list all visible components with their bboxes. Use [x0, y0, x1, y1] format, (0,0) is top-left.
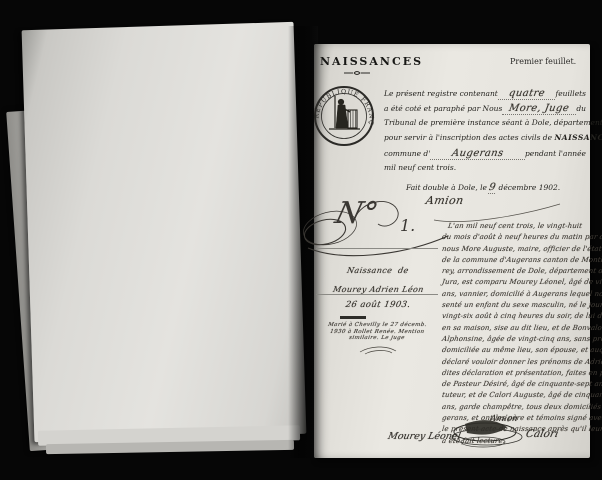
print-text: décembre 1902. — [499, 183, 561, 192]
printed-preamble: Le présent registre contenant quatre feu… — [384, 88, 586, 197]
act-line: vingt-six août à cinq heures du soir, de… — [441, 311, 595, 322]
act-line: tuteur, et de Calori Auguste, âgé de cin… — [441, 390, 595, 401]
left-blank-page — [22, 22, 307, 442]
inked-signature-blot — [447, 418, 525, 448]
print-text: feuillets — [555, 89, 586, 98]
act-line: Alphonsine, âgée de vingt-cinq ans, sans… — [441, 334, 595, 345]
margin-title-line: Naissance — [347, 266, 394, 276]
act-line: de la commune d'Augerans canton de Montb… — [441, 255, 595, 266]
preamble-line: Tribunal de première instance séant à Do… — [384, 118, 586, 133]
margin-title-line: de — [397, 266, 409, 276]
act-line: du mois d'août à neuf heures du matin pa… — [441, 232, 595, 243]
title-ornament — [344, 70, 370, 76]
preamble-line: commune d' Augerans pendant l'année — [384, 148, 586, 163]
marianne-figure-icon — [329, 96, 360, 129]
act-line: ans, vannier, domicilié à Augerans leque… — [441, 289, 595, 300]
fill-day-number: 9 — [488, 182, 497, 194]
sheet-number-label: Premier feuillet. — [510, 57, 576, 66]
margin-dash-mark — [340, 316, 366, 319]
preamble-line: pour servir à l'inscription des actes ci… — [384, 133, 586, 148]
margin-note-signature-swash — [358, 344, 398, 356]
print-text: Le présent registre contenant — [384, 89, 498, 98]
margin-birth-date: 26 août 1903. — [317, 300, 439, 310]
print-text-bold: NAISSANCES — [554, 133, 602, 142]
witness-signature: Calori — [525, 428, 560, 440]
stamp-icon: RÉPUBLIQUE FRANÇAISE — [312, 84, 376, 148]
act-line: de Pasteur Désiré, âgé de cinquante-sept… — [441, 379, 595, 390]
preamble-line: mil neuf cent trois. — [384, 163, 586, 178]
naissances-form-page: NAISSANCES Premier feuillet. RÉPUBLIQUE … — [314, 44, 590, 458]
act-line: déclaré vouloir donner les prénoms de Ad… — [441, 357, 595, 368]
print-text: a été coté et paraphé par Nous — [384, 104, 502, 113]
act-line: senté un enfant du sexe masculin, né le … — [441, 300, 595, 311]
fill-commune-name: Augerans — [430, 148, 525, 160]
margin-note-line: Marié à Chevilly le 27 décemb. — [327, 322, 427, 329]
act-line: L'an mil neuf cent trois, le vingt-huit — [441, 221, 595, 232]
print-text: commune d' — [384, 149, 430, 158]
preamble-line: a été coté et paraphé par Nous More, Jug… — [384, 103, 586, 118]
print-text: mil neuf cent trois. — [384, 163, 456, 172]
print-text: du — [576, 104, 586, 113]
fill-folio-count: quatre — [498, 88, 556, 100]
act-line: Jura, est comparu Mourey Léonel, âgé de … — [441, 277, 595, 288]
act-line: nous More Auguste, maire, officier de l'… — [441, 244, 595, 255]
print-text: Tribunal de première instance séant à Do… — [384, 118, 602, 127]
act-line: rey, arrondissement de Dole, département… — [441, 266, 595, 277]
marginal-marriage-note: Marié à Chevilly le 27 décemb. 1930 à Ro… — [314, 322, 440, 342]
margin-note-line: similaire. Le juge — [349, 335, 406, 342]
act-number: N° 1. — [300, 190, 452, 264]
act-line: domiciliée au même lieu, son épouse, et … — [441, 345, 595, 356]
fill-judge-name: More, Juge — [502, 103, 576, 115]
act-number-label: N° — [332, 196, 382, 231]
act-line: ans, garde champêtre, tous deux domicili… — [441, 402, 595, 413]
page-title: NAISSANCES — [320, 55, 423, 68]
print-text: pendant l'année — [525, 149, 586, 158]
print-text: pour servir à l'inscription des actes ci… — [384, 133, 552, 142]
act-line: en sa maison, sise au dit lieu, et de Bo… — [441, 323, 595, 334]
preamble-line: Le présent registre contenant quatre feu… — [384, 88, 586, 103]
margin-separator — [316, 294, 438, 295]
republique-francaise-stamp: RÉPUBLIQUE FRANÇAISE — [312, 84, 376, 148]
margin-separator — [316, 248, 438, 249]
scanned-register-photo: NAISSANCES Premier feuillet. RÉPUBLIQUE … — [0, 0, 602, 480]
act-number-value: 1. — [400, 216, 415, 235]
act-line: dites déclaration et présentation, faite… — [441, 368, 595, 379]
margin-title: Naissance de Mourey Adrien Léon — [318, 258, 438, 296]
